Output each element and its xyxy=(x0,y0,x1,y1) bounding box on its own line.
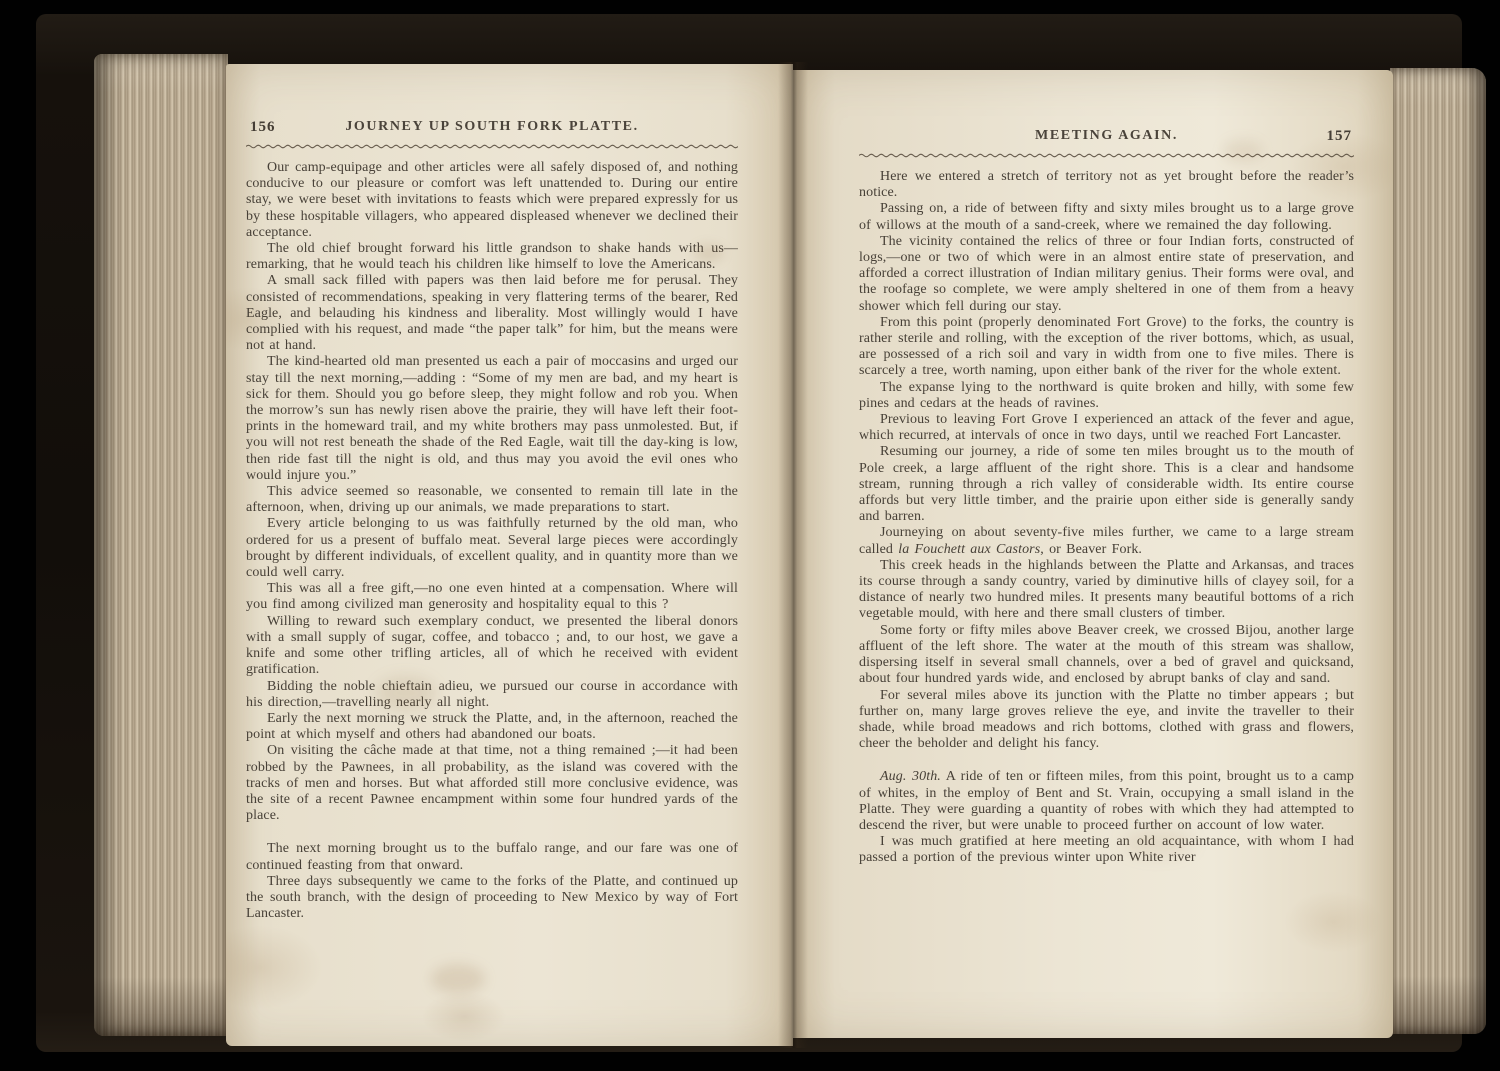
wavy-rule xyxy=(859,152,1354,159)
right-page-edges xyxy=(1390,68,1486,1034)
paragraph: This advice seemed so reasonable, we con… xyxy=(246,484,738,516)
photo-background: 156 JOURNEY UP SOUTH FORK PLATTE. Our ca… xyxy=(0,0,1500,1071)
paragraph: Three days subsequently we came to the f… xyxy=(246,874,738,923)
paragraph: Every article belonging to us was faithf… xyxy=(246,516,738,581)
page-stain xyxy=(431,964,485,994)
right-page-number: 157 xyxy=(1327,128,1353,145)
paragraph: The vicinity contained the relics of thr… xyxy=(859,234,1354,315)
paragraph: The kind-hearted old man presented us ea… xyxy=(246,354,738,484)
paragraph: For several miles above its junction wit… xyxy=(859,688,1354,753)
paragraph: Passing on, a ride of between fifty and … xyxy=(859,201,1354,233)
paragraph: Aug. 30th. A ride of ten or fifteen mile… xyxy=(859,769,1354,834)
paragraph: A small sack filled with papers was then… xyxy=(246,273,738,354)
right-running-head: MEETING AGAIN. xyxy=(859,128,1354,144)
wavy-rule xyxy=(246,143,738,150)
paragraph: Resuming our journey, a ride of some ten… xyxy=(859,444,1354,525)
paragraph: Early the next morning we struck the Pla… xyxy=(246,711,738,743)
paragraph: Willing to reward such exemplary conduct… xyxy=(246,614,738,679)
left-page-edges xyxy=(94,54,228,1036)
paragraph: The next morning brought us to the buffa… xyxy=(246,841,738,873)
paragraph: The expanse lying to the northward is qu… xyxy=(859,380,1354,412)
right-page-text: Here we entered a stretch of territory n… xyxy=(859,169,1354,867)
left-running-head: JOURNEY UP SOUTH FORK PLATTE. xyxy=(246,119,738,135)
left-page: 156 JOURNEY UP SOUTH FORK PLATTE. Our ca… xyxy=(226,64,793,1046)
paragraph: Journeying on about seventy-five miles f… xyxy=(859,525,1354,557)
paragraph: Previous to leaving Fort Grove I experie… xyxy=(859,412,1354,444)
paragraph: From this point (properly denominated Fo… xyxy=(859,315,1354,380)
right-page-header: MEETING AGAIN. 157 xyxy=(859,128,1354,148)
paragraph: Some forty or fifty miles above Beaver c… xyxy=(859,623,1354,688)
book: 156 JOURNEY UP SOUTH FORK PLATTE. Our ca… xyxy=(36,14,1462,1052)
paragraph: Our camp-equipage and other articles wer… xyxy=(246,160,738,241)
paragraph: This creek heads in the highlands betwee… xyxy=(859,558,1354,623)
paragraph: On visiting the câche made at that time,… xyxy=(246,743,738,824)
paragraph: The old chief brought forward his little… xyxy=(246,241,738,273)
right-page: MEETING AGAIN. 157 Here we entered a str… xyxy=(793,70,1393,1038)
left-page-text: Our camp-equipage and other articles wer… xyxy=(246,160,738,922)
paragraph: Here we entered a stretch of territory n… xyxy=(859,169,1354,201)
paragraph: This was all a free gift,—no one even hi… xyxy=(246,581,738,613)
paragraph: I was much gratified at here meeting an … xyxy=(859,834,1354,866)
left-page-header: 156 JOURNEY UP SOUTH FORK PLATTE. xyxy=(246,119,738,139)
paragraph: Bidding the noble chieftain adieu, we pu… xyxy=(246,679,738,711)
